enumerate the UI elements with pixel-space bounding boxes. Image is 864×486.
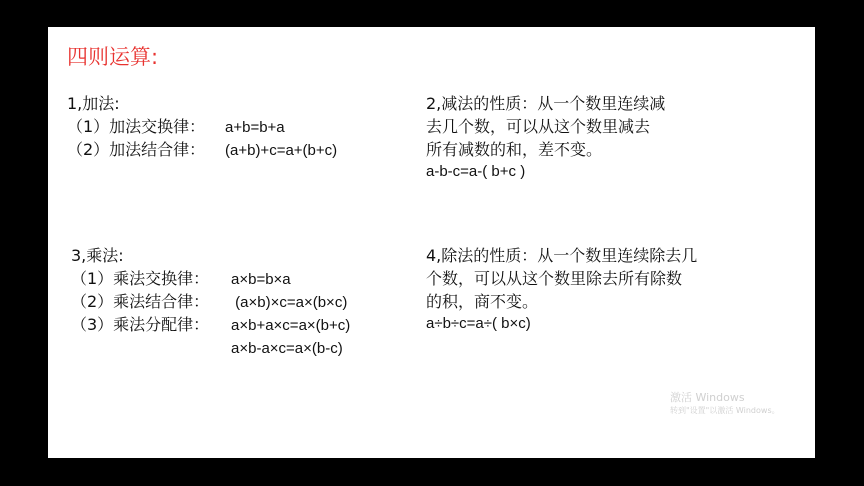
slide-title: 四则运算: (67, 43, 158, 71)
subtraction-section: 2,减法的性质：从一个数里连续减 去几个数，可以从这个数里减去 所有减数的和，差… (426, 92, 665, 184)
subtraction-formula: a-b-c=a-( b+c ) (426, 161, 665, 184)
law-formula: a×b+a×c=a×(b+c) (231, 317, 350, 334)
addition-commutative-law: （1）加法交换律：a+b=b+a (67, 115, 337, 138)
law-label: （3）乘法分配律： (71, 313, 231, 336)
subtraction-text-line: 2,减法的性质：从一个数里连续减 (426, 92, 665, 115)
addition-section: 1,加法: （1）加法交换律：a+b=b+a （2）加法结合律：(a+b)+c=… (67, 92, 337, 161)
addition-heading: 1,加法: (67, 92, 337, 115)
law-label: （2）乘法结合律： (71, 290, 231, 313)
law-label: （2）加法结合律： (67, 138, 225, 161)
subtraction-text-line: 所有减数的和，差不变。 (426, 138, 665, 161)
division-text-line: 个数，可以从这个数里除去所有除数 (426, 267, 697, 290)
multiplication-distributive-law-extra: a×b-a×c=a×(b-c) (71, 336, 350, 359)
division-text-line: 4,除法的性质：从一个数里连续除去几 (426, 244, 697, 267)
addition-associative-law: （2）加法结合律：(a+b)+c=a+(b+c) (67, 138, 337, 161)
multiplication-commutative-law: （1）乘法交换律：a×b=b×a (71, 267, 350, 290)
law-formula: (a+b)+c=a+(b+c) (225, 142, 337, 159)
multiplication-distributive-law: （3）乘法分配律：a×b+a×c=a×(b+c) (71, 313, 350, 336)
multiplication-heading: 3,乘法: (71, 244, 350, 267)
law-formula: a×b=b×a (231, 271, 291, 288)
division-section: 4,除法的性质：从一个数里连续除去几 个数，可以从这个数里除去所有除数 的积，商… (426, 244, 697, 336)
law-formula: a+b=b+a (225, 119, 285, 136)
division-text-line: 的积，商不变。 (426, 290, 697, 313)
subtraction-text-line: 去几个数，可以从这个数里减去 (426, 115, 665, 138)
law-label: （1）乘法交换律： (71, 267, 231, 290)
activate-windows-watermark: 激活 Windows 转到"设置"以激活 Windows。 (670, 391, 780, 417)
law-formula: a×b-a×c=a×(b-c) (231, 340, 343, 357)
law-label: （1）加法交换律： (67, 115, 225, 138)
multiplication-associative-law: （2）乘法结合律： (a×b)×c=a×(b×c) (71, 290, 350, 313)
watermark-title: 激活 Windows (670, 391, 780, 404)
multiplication-section: 3,乘法: （1）乘法交换律：a×b=b×a （2）乘法结合律： (a×b)×c… (71, 244, 350, 359)
watermark-subtitle: 转到"设置"以激活 Windows。 (670, 404, 780, 417)
division-formula: a÷b÷c=a÷( b×c) (426, 313, 697, 336)
law-formula: (a×b)×c=a×(b×c) (231, 294, 347, 311)
